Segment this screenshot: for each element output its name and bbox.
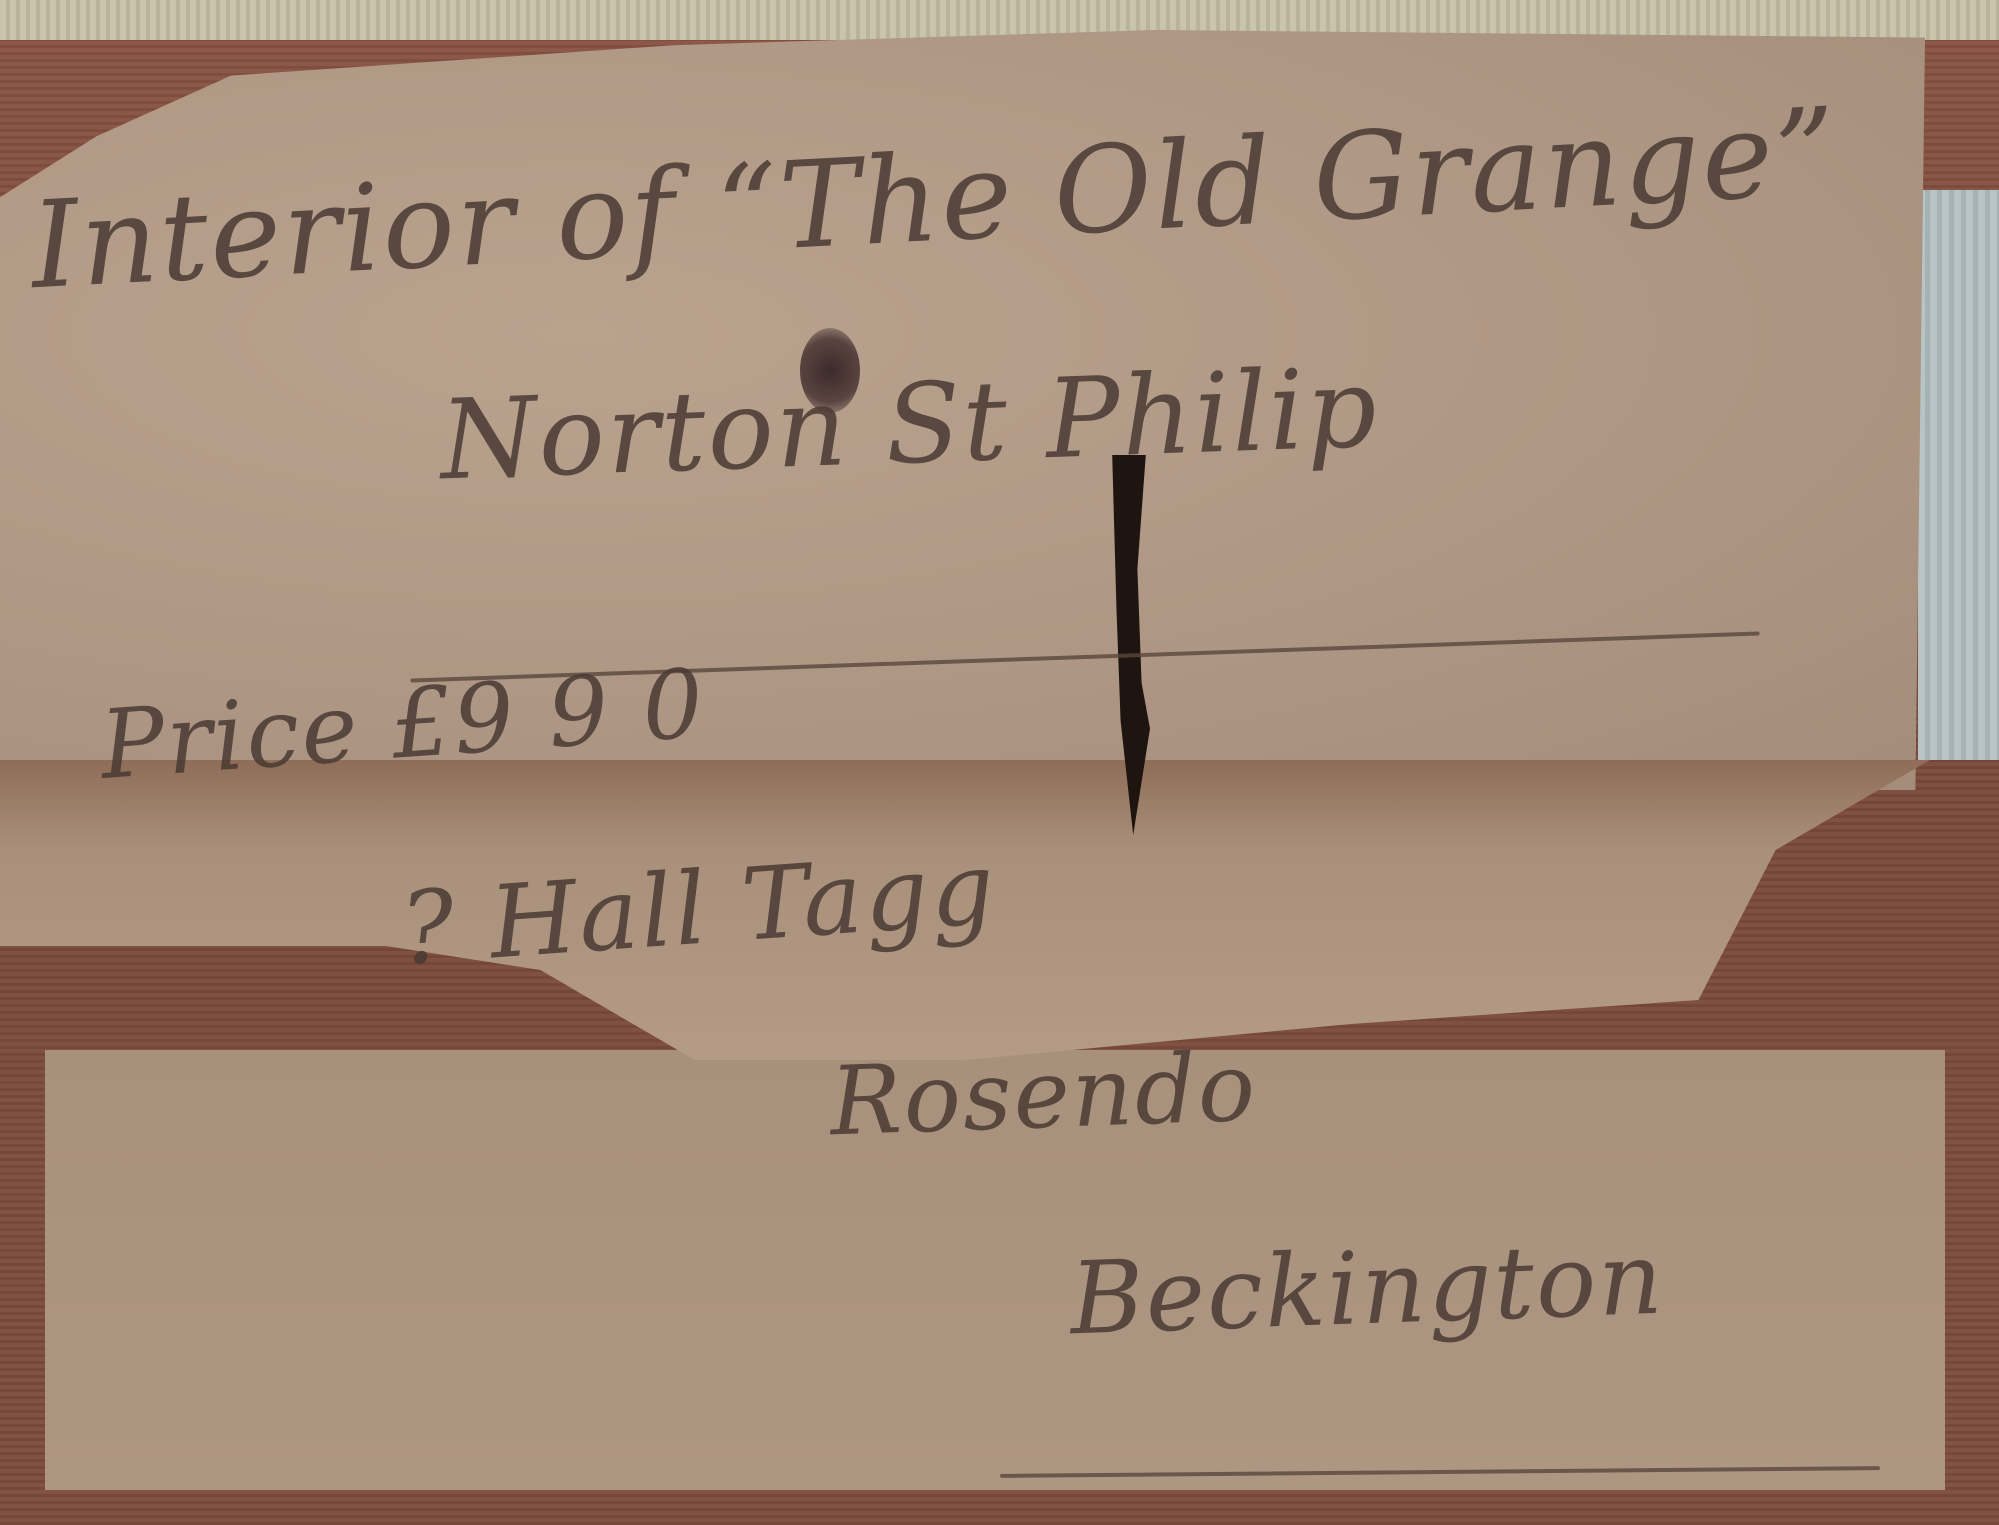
handwritten-address: Rosendo: [828, 1033, 1258, 1158]
fabric-edge-strip: [0, 0, 1999, 40]
canvas-strip-right: [1918, 190, 1999, 760]
handwritten-town: Beckington: [1068, 1220, 1666, 1358]
